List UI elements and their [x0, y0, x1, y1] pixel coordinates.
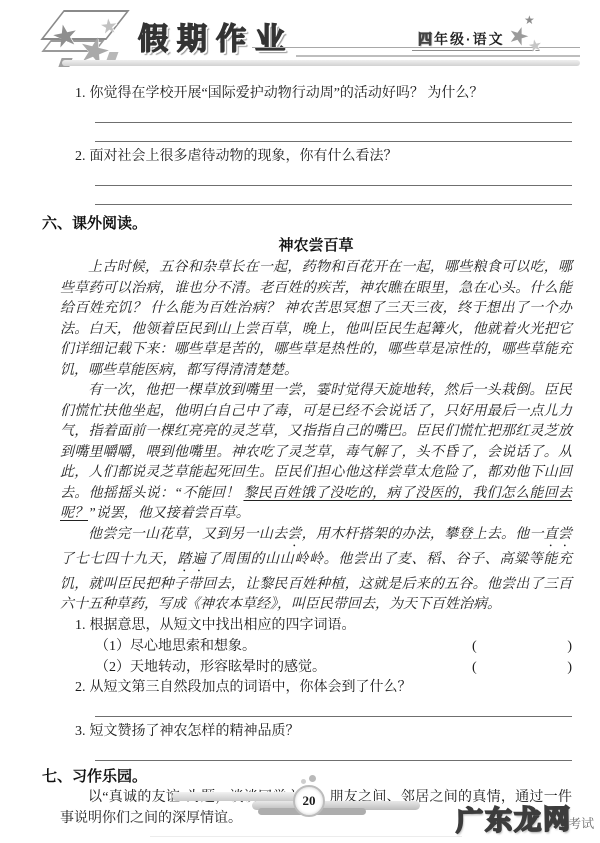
footer-ornament-dot: [301, 779, 306, 784]
header-rule-bar: [62, 60, 580, 66]
section6-question-2: 2.从短文第三自然段加点的词语中，你体会到了什么？: [75, 678, 572, 698]
intro-question-2: 2.面对社会上很多虐待动物的现象，你有什么看法？: [75, 147, 572, 167]
text-segment: 踏遍: [177, 552, 206, 567]
sub-question-text: （2）天地转动，形容眩晕时的感觉。: [95, 657, 326, 678]
question-number: 1.: [75, 86, 86, 101]
question-text: 根据意思，从短文中找出相应的四字词语。: [90, 618, 356, 633]
page-header: ★ ★ ★ 假期作业 四年级·语文 ★ ★ ★: [0, 0, 600, 78]
section-7-heading: 七、习作乐园。: [42, 766, 572, 787]
question-number: 2.: [75, 149, 86, 164]
grade-number: 四: [418, 31, 434, 47]
text-segment: 了七七四十九天，: [60, 552, 177, 567]
content-area: 1.你觉得在学校开展“国际爱护动物行动周”的活动好吗？ 为什么？ 2.面对社会上…: [60, 84, 572, 829]
header-rule-mid: [296, 55, 580, 57]
reading-passage: 神农尝百草 上古时候，五谷和杂草长在一起，药物和百花开在一起，哪些粮食可以吃，哪…: [60, 234, 572, 616]
bracket-close: ): [567, 636, 572, 657]
scan-edge-line: [150, 836, 462, 837]
answer-line: [95, 104, 572, 123]
text-segment: 直尝: [544, 527, 572, 542]
question-text: 面对社会上很多虐待动物的现象，你有什么看法？: [90, 149, 398, 164]
passage-paragraph-1: 上古时候，五谷和杂草长在一起，药物和百花开在一起，哪些粮食可以吃，哪些草药可以治…: [60, 258, 572, 381]
question-text: 短文赞扬了神农怎样的精神品质？: [90, 724, 300, 739]
question-text: 你觉得在学校开展“国际爱护动物行动周”的活动好吗？ 为什么？: [90, 86, 484, 101]
question-number: 1.: [75, 618, 86, 633]
answer-bracket: ( ): [472, 657, 572, 678]
question-number: 2.: [75, 680, 86, 695]
text-segment: ”说罢，他又接着尝百草。: [88, 506, 250, 521]
section6-question-1-item-1: （1）尽心地思索和想象。 ( ): [95, 636, 572, 657]
page-title: 假期作业: [138, 14, 294, 58]
passage-title: 神农尝百草: [60, 234, 572, 258]
star-icon: ★: [99, 15, 119, 37]
question-number: 3.: [75, 724, 86, 739]
answer-line: [95, 167, 572, 186]
passage-paragraph-3: 他尝完一山花草，又到另一山去尝，用木杆搭架的办法，攀登上去。他一直尝了七七四十九…: [60, 525, 572, 616]
worksheet-page: ★ ★ ★ 假期作业 四年级·语文 ★ ★ ★ 1.你觉得在学校开展“国际爱护动…: [0, 0, 600, 843]
section-6-heading: 六、课外阅读。: [42, 213, 572, 234]
bracket-open: (: [472, 636, 477, 657]
section6-question-3: 3.短文赞扬了神农怎样的精神品质？: [75, 722, 572, 742]
star-icon: ★: [524, 14, 535, 26]
sub-question-text: （1）尽心地思索和想象。: [95, 636, 256, 657]
watermark: 广东龙网考试: [456, 797, 595, 838]
text-segment: 有一次，他把一棵草放到嘴里一尝，霎时觉得天旋地转，然后一头栽倒。臣民们慌忙扶他坐…: [60, 383, 572, 501]
cube-icon: [107, 52, 119, 60]
watermark-text: 广东龙网: [456, 804, 573, 836]
text-segment: 尝: [287, 527, 301, 542]
answer-bracket: ( ): [472, 636, 572, 657]
page-number-badge: 20: [293, 785, 325, 817]
star-icon: ★: [527, 37, 544, 55]
bracket-open: (: [472, 657, 477, 678]
grade-subject: 年级·语文: [434, 31, 505, 47]
page-number: 20: [303, 793, 316, 809]
section6-question-1: 1.根据意思，从短文中找出相应的四字词语。: [75, 616, 572, 636]
text-segment: 上古时候，五谷和杂草长在一起，药物和百花开在一起，哪些粮食可以吃，哪些草药可以治…: [60, 260, 572, 378]
section6-question-1-item-2: （2）天地转动，形容眩晕时的感觉。 ( ): [95, 657, 572, 678]
answer-line: [95, 698, 572, 717]
passage-paragraph-2: 有一次，他把一棵草放到嘴里一尝，霎时觉得天旋地转，然后一头栽倒。臣民们慌忙扶他坐…: [60, 381, 572, 525]
answer-line: [95, 742, 572, 761]
bracket-close: ): [567, 657, 572, 678]
grade-label: 四年级·语文: [418, 29, 505, 49]
footer-ornament-dot: [309, 775, 316, 782]
answer-line: [95, 123, 572, 142]
text-segment: 他尝完一山花草，又到另一山去: [88, 527, 287, 542]
question-text: 从短文第三自然段加点的词语中，你体会到了什么？: [90, 680, 412, 695]
text-segment: ，用木杆搭架的办法，攀登上去。他一: [302, 527, 544, 542]
answer-line: [95, 186, 572, 205]
watermark-tail-text: 考试: [568, 816, 594, 831]
intro-question-1: 1.你觉得在学校开展“国际爱护动物行动周”的活动好吗？ 为什么？: [75, 84, 572, 104]
